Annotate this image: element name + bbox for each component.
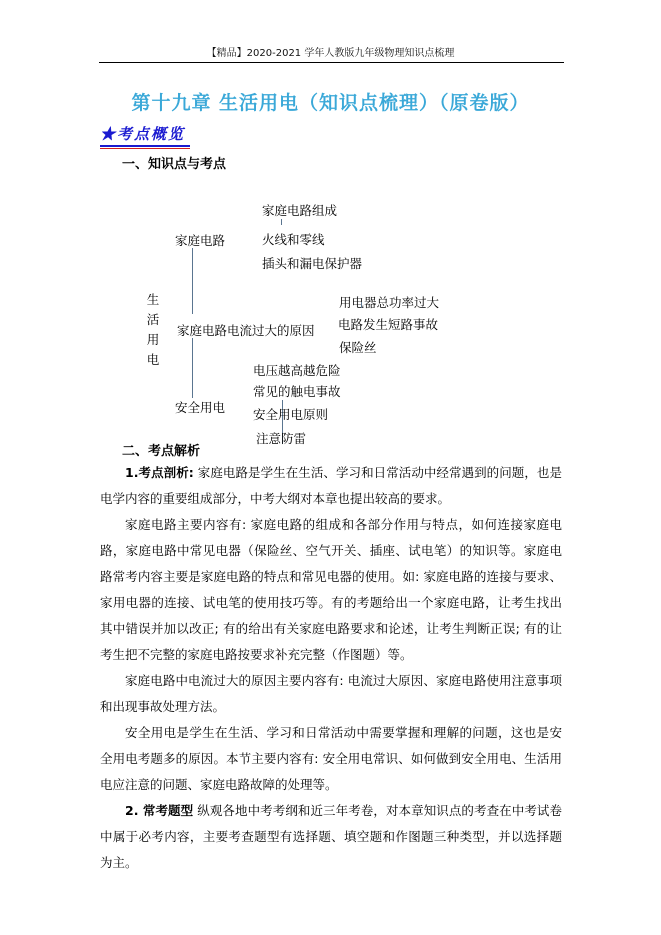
bracket-line [192,248,193,314]
leaf-live-neutral: 火线和零线 [262,230,325,248]
analysis-body: 1.考点剖析: 家庭电路是学生在生活、学习和日常活动中经常遇到的问题，也是电学内… [100,460,562,876]
leaf-high-voltage-danger: 电压越高越危险 [253,361,341,379]
branch-home-circuit: 家庭电路 [175,231,225,249]
leaf-overload: 用电器总功率过大 [339,293,439,311]
leaf-plug-protector: 插头和漏电保护器 [262,254,362,272]
branch-electrical-safety: 安全用电 [175,398,225,416]
leaf-fuse: 保险丝 [339,338,377,356]
leaf-circuit-composition: 家庭电路组成 [262,201,337,219]
paragraph-lead: 1.考点剖析: [125,465,194,480]
mindmap-root: 生活用电 [146,290,160,370]
paragraph: 2. 常考题型 纵观各地中考考纲和近三年考卷，对本章知识点的考查在中考试卷中属于… [100,798,562,876]
section2-heading: 二、考点解析 [122,440,200,459]
branch-overcurrent-causes: 家庭电路电流过大的原因 [177,321,315,339]
section-tag: ★考点概览 [100,123,185,144]
leaf-lightning-protection: 注意防雷 [256,429,306,447]
paragraph: 家庭电路主要内容有: 家庭电路的组成和各部分作用与特点，如何连接家庭电路，家庭电… [100,512,562,668]
section1-heading: 一、知识点与考点 [122,153,226,172]
paragraph: 1.考点剖析: 家庭电路是学生在生活、学习和日常活动中经常遇到的问题，也是电学内… [100,460,562,512]
bracket-line [192,338,193,398]
running-header: 【精品】2020-2021 学年人教版九年级物理知识点梳理 [0,44,661,59]
bracket-line [281,219,282,225]
leaf-safety-principles: 安全用电原则 [253,405,328,423]
leaf-electric-shock: 常见的触电事故 [253,382,341,400]
page-title: 第十九章 生活用电（知识点梳理）（原卷版） [0,88,661,115]
bracket-line [361,302,362,308]
paragraph: 家庭电路中电流过大的原因主要内容有: 电流过大原因、家庭电路使用注意事项和出现事… [100,668,562,720]
section-tag-underline-red [100,148,190,149]
section-tag-underline [100,145,190,147]
header-rule [99,62,564,63]
leaf-short-circuit: 电路发生短路事故 [338,315,438,333]
paragraph: 安全用电是学生在生活、学习和日常活动中需要掌握和理解的问题，这也是安全用电考题多… [100,720,562,798]
paragraph-lead: 2. 常考题型 [125,803,193,818]
